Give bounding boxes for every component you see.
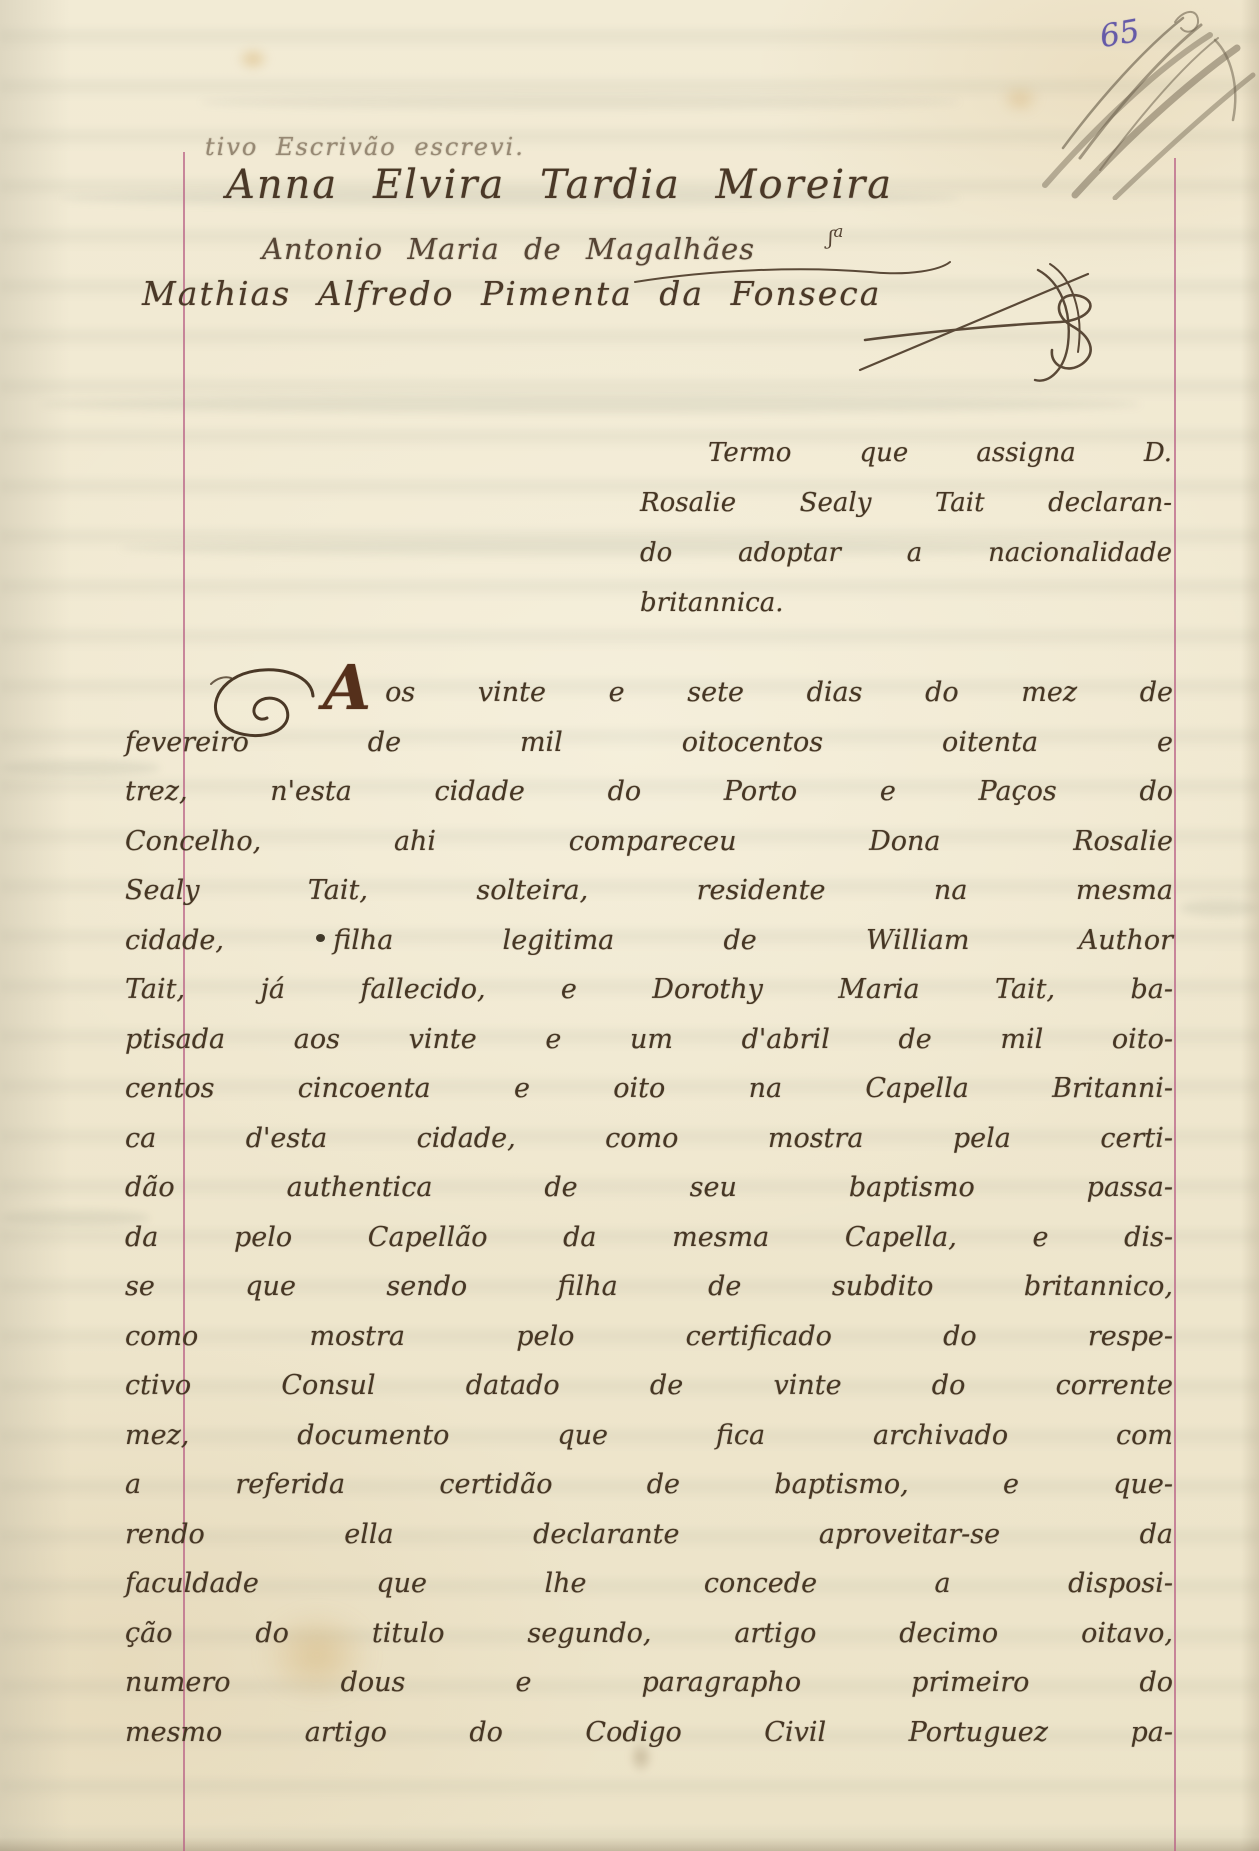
page-right-edge-shadow <box>1241 0 1259 1851</box>
abbreviation-flourish: ʃa <box>828 222 843 250</box>
manuscript-line: a referida certidão de baptismo, e que- <box>125 1460 1173 1510</box>
bleedthrough-streak <box>40 395 1140 413</box>
heading-line: Rosalie Sealy Tait declaran- <box>640 478 1172 528</box>
manuscript-line: numero dous e paragrapho primeiro do <box>125 1658 1173 1708</box>
bleedthrough-streak <box>200 95 960 109</box>
heading-line: Termo que assigna D. <box>640 428 1172 478</box>
page-bottom-edge-shadow <box>0 1837 1259 1851</box>
entry-heading: Termo que assigna D. Rosalie Sealy Tait … <box>640 428 1172 628</box>
manuscript-line: Concelho, ahi compareceu Dona Rosalie <box>125 817 1173 867</box>
manuscript-line: trez, n'esta cidade do Porto e Paços do <box>125 767 1173 817</box>
right-margin-rule <box>1174 158 1176 1851</box>
age-stain <box>236 46 270 72</box>
folio-rubric: 65 <box>1005 0 1259 200</box>
manuscript-line: ctivo Consul datado de vinte do corrente <box>125 1361 1173 1411</box>
manuscript-line: rendo ella declarante aproveitar-se da <box>125 1510 1173 1560</box>
manuscript-line: mez, documento que fica archivado com <box>125 1411 1173 1461</box>
drop-cap-initial: A <box>323 660 371 716</box>
previous-entry-closing: tivo Escrivão escrevi. <box>205 133 675 161</box>
signature-paraph-flourish-icon <box>620 252 1120 392</box>
manuscript-line: ca d'esta cidade, como mostra pela certi… <box>125 1114 1173 1164</box>
manuscript-line: ptisada aos vinte e um d'abril de mil oi… <box>125 1015 1173 1065</box>
manuscript-line: ção do titulo segundo, artigo decimo oit… <box>125 1609 1173 1659</box>
manuscript-line: se que sendo filha de subdito britannico… <box>125 1262 1173 1312</box>
folio-number: 65 <box>1097 13 1142 55</box>
manuscript-line-text: os vinte e sete dias do mez de <box>385 668 1173 718</box>
manuscript-line: faculdade que lhe concede a disposi- <box>125 1559 1173 1609</box>
manuscript-line: dão authentica de seu baptismo passa- <box>125 1163 1173 1213</box>
manuscript-line: como mostra pelo certificado do respe- <box>125 1312 1173 1362</box>
entry-body: A os vinte e sete dias do mez de feverei… <box>125 668 1173 1757</box>
manuscript-line: cidade, filha legitima de William Author <box>125 916 1173 966</box>
manuscript-line: centos cincoenta e oito na Capella Brita… <box>125 1064 1173 1114</box>
manuscript-line: Sealy Tait, solteira, residente na mesma <box>125 866 1173 916</box>
manuscript-line: Tait, já fallecido, e Dorothy Maria Tait… <box>125 965 1173 1015</box>
manuscript-line: da pelo Capellão da mesma Capella, e dis… <box>125 1213 1173 1263</box>
manuscript-line: mesmo artigo do Codigo Civil Portuguez p… <box>125 1708 1173 1758</box>
signature-anna-elvira-tardia-moreira: Anna Elvira Tardia Moreira <box>226 162 893 208</box>
manuscript-page: 65 tivo Escrivão escrevi. Anna Elvira Ta… <box>0 0 1259 1851</box>
manuscript-line: fevereiro de mil oitocentos oitenta e <box>125 718 1173 768</box>
heading-line: do adoptar a nacionalidade <box>640 528 1172 578</box>
page-left-edge-shadow <box>0 0 70 1851</box>
manuscript-line: A os vinte e sete dias do mez de <box>125 668 1173 718</box>
heading-line: britannica. <box>640 578 1172 628</box>
